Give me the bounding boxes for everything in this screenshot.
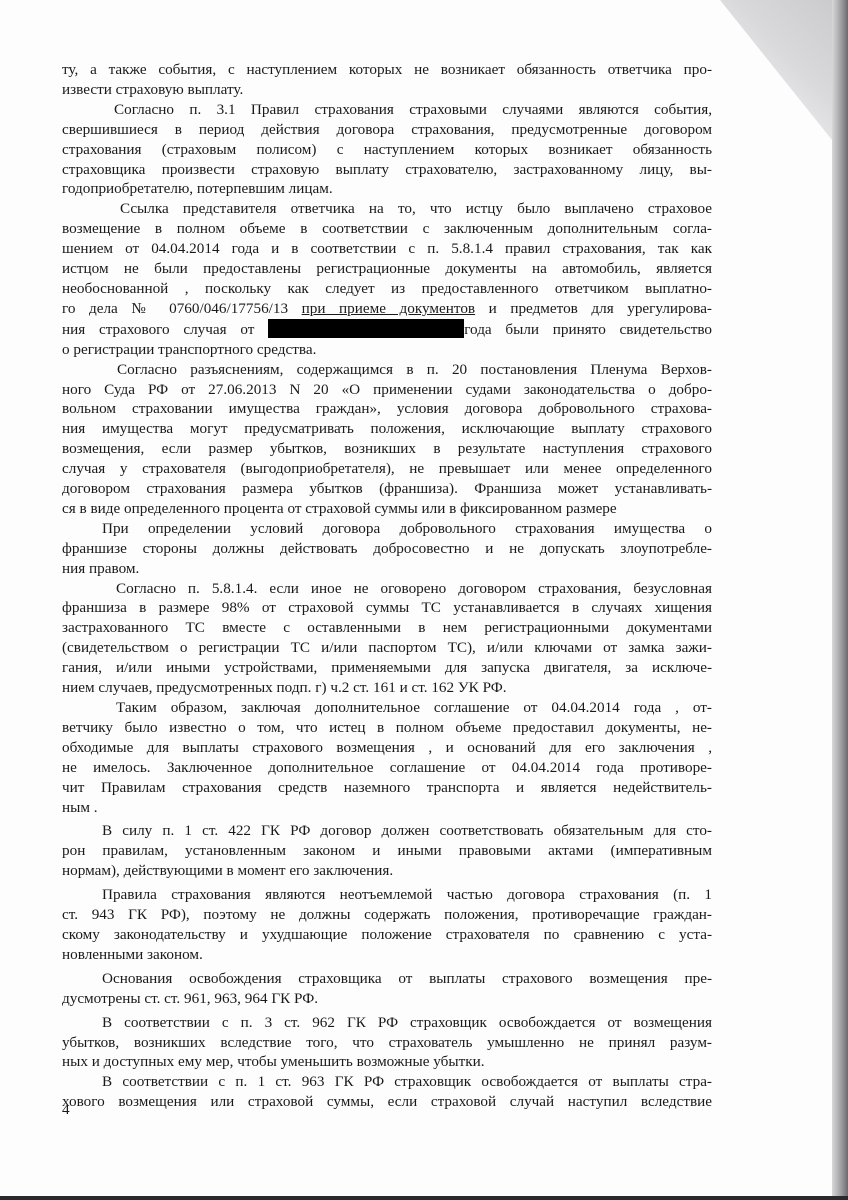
text-line: В силу п. 1 ст. 422 ГК РФ договор должен… bbox=[62, 821, 712, 841]
page-number: 4 bbox=[62, 1101, 70, 1119]
text-line: годоприобретателю, потерпевшим лицам. bbox=[62, 179, 712, 199]
scanner-bottom-edge bbox=[0, 1196, 848, 1200]
text-line: убытков, возникших вследствие того, что … bbox=[62, 1033, 712, 1053]
paragraph-plenum-clarification: Согласно разъяснениям, содержащимся в п.… bbox=[62, 360, 712, 519]
text-line: извести страховую выплату. bbox=[62, 80, 712, 100]
text-line: не имелось. Заключенное дополнительное с… bbox=[62, 758, 712, 778]
paragraph-clause-5-8-1-4: Согласно п. 5.8.1.4. если иное не оговор… bbox=[62, 579, 712, 698]
text-line: го дела № 0760/046/17756/13 при приеме д… bbox=[62, 299, 712, 319]
text-line: ст. 943 ГК РФ), поэтому не должны содерж… bbox=[62, 905, 712, 925]
text-line: При определении условий договора доброво… bbox=[62, 519, 712, 539]
text-line: ным . bbox=[62, 798, 712, 818]
scanner-edge-shadow bbox=[832, 0, 848, 1200]
text-line: Ссылка представителя ответчика на то, чт… bbox=[62, 199, 712, 219]
text-line: договором страхования размера убытков (ф… bbox=[62, 479, 712, 499]
text-line: вольном страховании имущества граждан», … bbox=[62, 399, 712, 419]
paragraph-article-963: В соответствии с п. 1 ст. 963 ГК РФ стра… bbox=[62, 1072, 712, 1112]
document-body: ту, а также события, с наступлением кото… bbox=[62, 60, 712, 1112]
text-line: страховщика произвести страховую выплату… bbox=[62, 160, 712, 180]
text-line: франшиза в размере 98% от страховой сумм… bbox=[62, 598, 712, 618]
text-line: хового возмещения или страховой суммы, е… bbox=[62, 1092, 712, 1112]
text-line: (свидетельством о регистрации ТС и/или п… bbox=[62, 638, 712, 658]
text-line: ния имущества могут предусматривать поло… bbox=[62, 419, 712, 439]
text-line: В соответствии с п. 3 ст. 962 ГК РФ стра… bbox=[62, 1013, 712, 1033]
text-line: случая у страхователя (выгодоприобретате… bbox=[62, 459, 712, 479]
redaction-bar bbox=[268, 319, 464, 338]
text-line: Правила страхования являются неотъемлемо… bbox=[62, 885, 712, 905]
text-line: Согласно п. 3.1 Правил страхования страх… bbox=[62, 100, 712, 120]
text-line: ния правом. bbox=[62, 559, 712, 579]
text-line: нием случаев, предусмотренных подп. г) ч… bbox=[62, 678, 712, 698]
paragraph-exemption-grounds: Основания освобождения страховщика от вы… bbox=[62, 969, 712, 1009]
paragraph-insured-events: Согласно п. 3.1 Правил страхования страх… bbox=[62, 100, 712, 200]
text-line: Согласно разъяснениям, содержащимся в п.… bbox=[62, 360, 712, 380]
paragraph-conclusion-agreement: Таким образом, заключая дополнительное с… bbox=[62, 698, 712, 817]
paragraph-article-422: В силу п. 1 ст. 422 ГК РФ договор должен… bbox=[62, 821, 712, 881]
text-line: чит Правилам страхования средств наземно… bbox=[62, 778, 712, 798]
text-line: новленными законом. bbox=[62, 945, 712, 965]
text-line: шением от 04.04.2014 года и в соответств… bbox=[62, 239, 712, 259]
text-line: ту, а также события, с наступлением кото… bbox=[62, 60, 712, 80]
text-line: дусмотрены ст. ст. 961, 963, 964 ГК РФ. bbox=[62, 989, 712, 1009]
text-line: застрахованного ТС вместе с оставленными… bbox=[62, 618, 712, 638]
text-fragment: и предметов для урегулирова- bbox=[475, 300, 712, 317]
text-line: Согласно п. 5.8.1.4. если иное не оговор… bbox=[62, 579, 712, 599]
text-line: необоснованной , поскольку как следует и… bbox=[62, 279, 712, 299]
text-line: страхования (страховым полисом) с наступ… bbox=[62, 140, 712, 160]
text-line: В соответствии с п. 1 ст. 963 ГК РФ стра… bbox=[62, 1072, 712, 1092]
paragraph-article-943: Правила страхования являются неотъемлемо… bbox=[62, 885, 712, 965]
scanned-page: ту, а также события, с наступлением кото… bbox=[0, 0, 832, 1196]
text-line: ных и доступных ему мер, чтобы уменьшить… bbox=[62, 1052, 712, 1072]
text-line: обходимые для выплаты страхового возмеще… bbox=[62, 738, 712, 758]
text-line: гания, и/или иными устройствами, применя… bbox=[62, 658, 712, 678]
text-line: ся в виде определенного процента от стра… bbox=[62, 499, 712, 519]
underlined-text: при приеме документов bbox=[302, 300, 475, 317]
paragraph-franchise-conditions: При определении условий договора доброво… bbox=[62, 519, 712, 579]
paragraph-article-962: В соответствии с п. 3 ст. 962 ГК РФ стра… bbox=[62, 1013, 712, 1073]
text-line: истцом не были предоставлены регистрацио… bbox=[62, 259, 712, 279]
text-line: возмещения, если размер убытков, возникш… bbox=[62, 439, 712, 459]
text-line: возмещение в полном объеме в соответстви… bbox=[62, 219, 712, 239]
paragraph-respondent-reference: Ссылка представителя ответчика на то, чт… bbox=[62, 199, 712, 359]
text-line: нормам), действующими в момент его заклю… bbox=[62, 861, 712, 881]
text-line: Таким образом, заключая дополнительное с… bbox=[62, 698, 712, 718]
text-line: рон правилам, установленным законом и ин… bbox=[62, 841, 712, 861]
text-line: ветчику было известно о том, что истец в… bbox=[62, 718, 712, 738]
text-line: свершившиеся в период действия договора … bbox=[62, 120, 712, 140]
paragraph-continuation: ту, а также события, с наступлением кото… bbox=[62, 60, 712, 100]
text-line: Основания освобождения страховщика от вы… bbox=[62, 969, 712, 989]
text-fragment: года были принято свидетельство bbox=[464, 321, 712, 338]
text-line: о регистрации транспортного средства. bbox=[62, 340, 712, 360]
text-line: франшизе стороны должны действовать добр… bbox=[62, 539, 712, 559]
text-fragment: ния страхового случая от bbox=[62, 321, 268, 338]
text-line: ного Суда РФ от 27.06.2013 N 20 «О приме… bbox=[62, 380, 712, 400]
text-line: скому законодательству и ухудшающие поло… bbox=[62, 925, 712, 945]
text-line: ния страхового случая от года были приня… bbox=[62, 319, 712, 340]
case-number-text: го дела № 0760/046/17756/13 bbox=[62, 300, 302, 317]
